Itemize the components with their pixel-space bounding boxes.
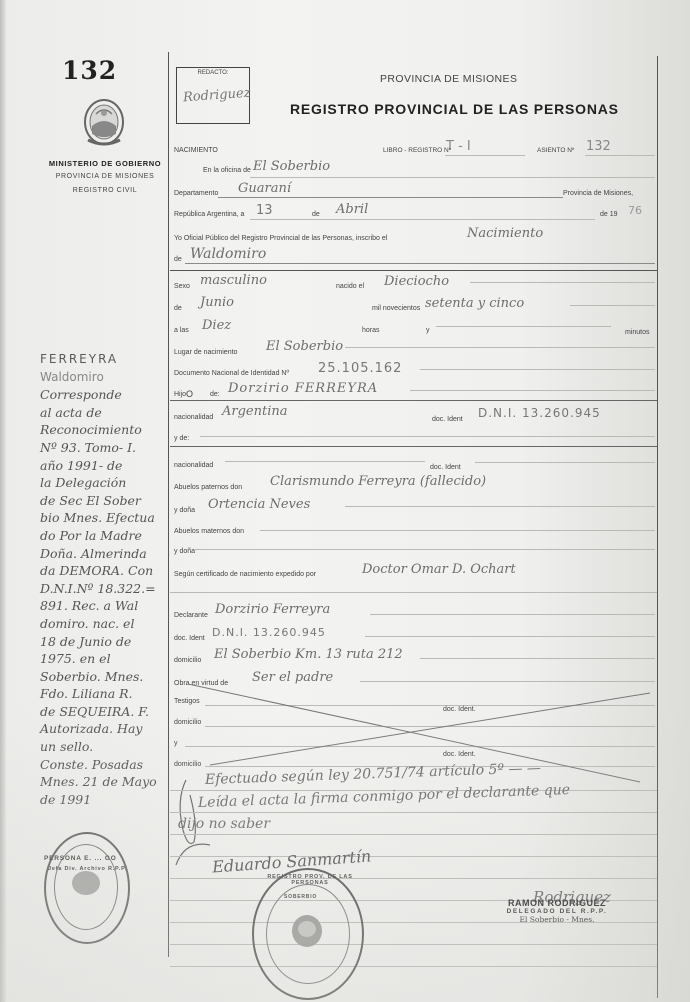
margin-line: Mnes. 21 de Mayo <box>40 773 170 791</box>
stamp-center-text: SOBERBIO <box>284 894 317 900</box>
margin-line: FERREYRA <box>40 351 170 369</box>
margin-line: domiro. nac. el <box>40 615 170 633</box>
margin-line: Autorizada. Hay <box>40 720 170 738</box>
rule <box>170 878 657 879</box>
margin-line: Waldomiro <box>40 369 170 387</box>
margin-line: D.N.I.Nº 18.322.= <box>40 580 170 598</box>
margin-line: da DEMORA. Con <box>40 562 170 580</box>
margin-line: do Por la Madre <box>40 527 170 545</box>
note-line-3: dijo no saber <box>178 816 270 832</box>
margin-line: Nº 93. Tomo- I. <box>40 439 170 457</box>
rule <box>170 834 657 835</box>
margin-annotation: FERREYRA Waldomiro Corresponde al acta d… <box>40 351 170 808</box>
margin-line: al acta de <box>40 404 170 422</box>
delegate-place: El Soberbio - Mnes. <box>492 915 622 924</box>
margin-line: de SEQUEIRA. F. <box>40 703 170 721</box>
registry-round-stamp: REGISTRO PROV. DE LAS PERSONAS SOBERBIO <box>252 868 364 1000</box>
archive-oval-stamp <box>44 832 130 944</box>
margin-line: Doña. Almerinda <box>40 545 170 563</box>
margin-line: año 1991- de <box>40 457 170 475</box>
stamp-crest-icon <box>68 868 104 898</box>
margin-line: 1975. en el <box>40 650 170 668</box>
delegate-title: DELEGADO DEL R.P.P. <box>492 908 622 915</box>
margin-line: Corresponde <box>40 386 170 404</box>
rule <box>170 966 657 967</box>
delegate-stamp: Rodriguez RAMON RODRIGUEZ DELEGADO DEL R… <box>492 888 622 924</box>
archive-stamp-line1: PERSONA E. ... GO <box>44 855 117 862</box>
delegate-name: RAMON RODRIGUEZ <box>492 898 622 908</box>
margin-line: de Sec El Sober <box>40 492 170 510</box>
margin-line: Soberbio. Mnes. <box>40 668 170 686</box>
archive-stamp-line2: Jefa Div. Archivo R.P.P. <box>48 866 127 872</box>
rule <box>170 944 657 945</box>
margin-line: Fdo. Liliana R. <box>40 685 170 703</box>
margin-line: 891. Rec. a Wal <box>40 597 170 615</box>
stamp-ring-text: REGISTRO PROV. DE LAS PERSONAS <box>260 874 360 886</box>
margin-line: la Delegación <box>40 474 170 492</box>
margin-line: un sello. <box>40 738 170 756</box>
margin-line: Conste. Posadas <box>40 756 170 774</box>
rule <box>170 812 657 813</box>
stamp-crest-icon <box>288 912 326 950</box>
margin-line: 18 de Junio de <box>40 633 170 651</box>
birth-certificate-page: 132 MINISTERIO DE GOBIERNO PROVINCIA DE … <box>0 0 690 1002</box>
margin-line: de 1991 <box>40 791 170 809</box>
margin-line: bio Mnes. Efectua <box>40 509 170 527</box>
margin-line: Reconocimiento <box>40 421 170 439</box>
